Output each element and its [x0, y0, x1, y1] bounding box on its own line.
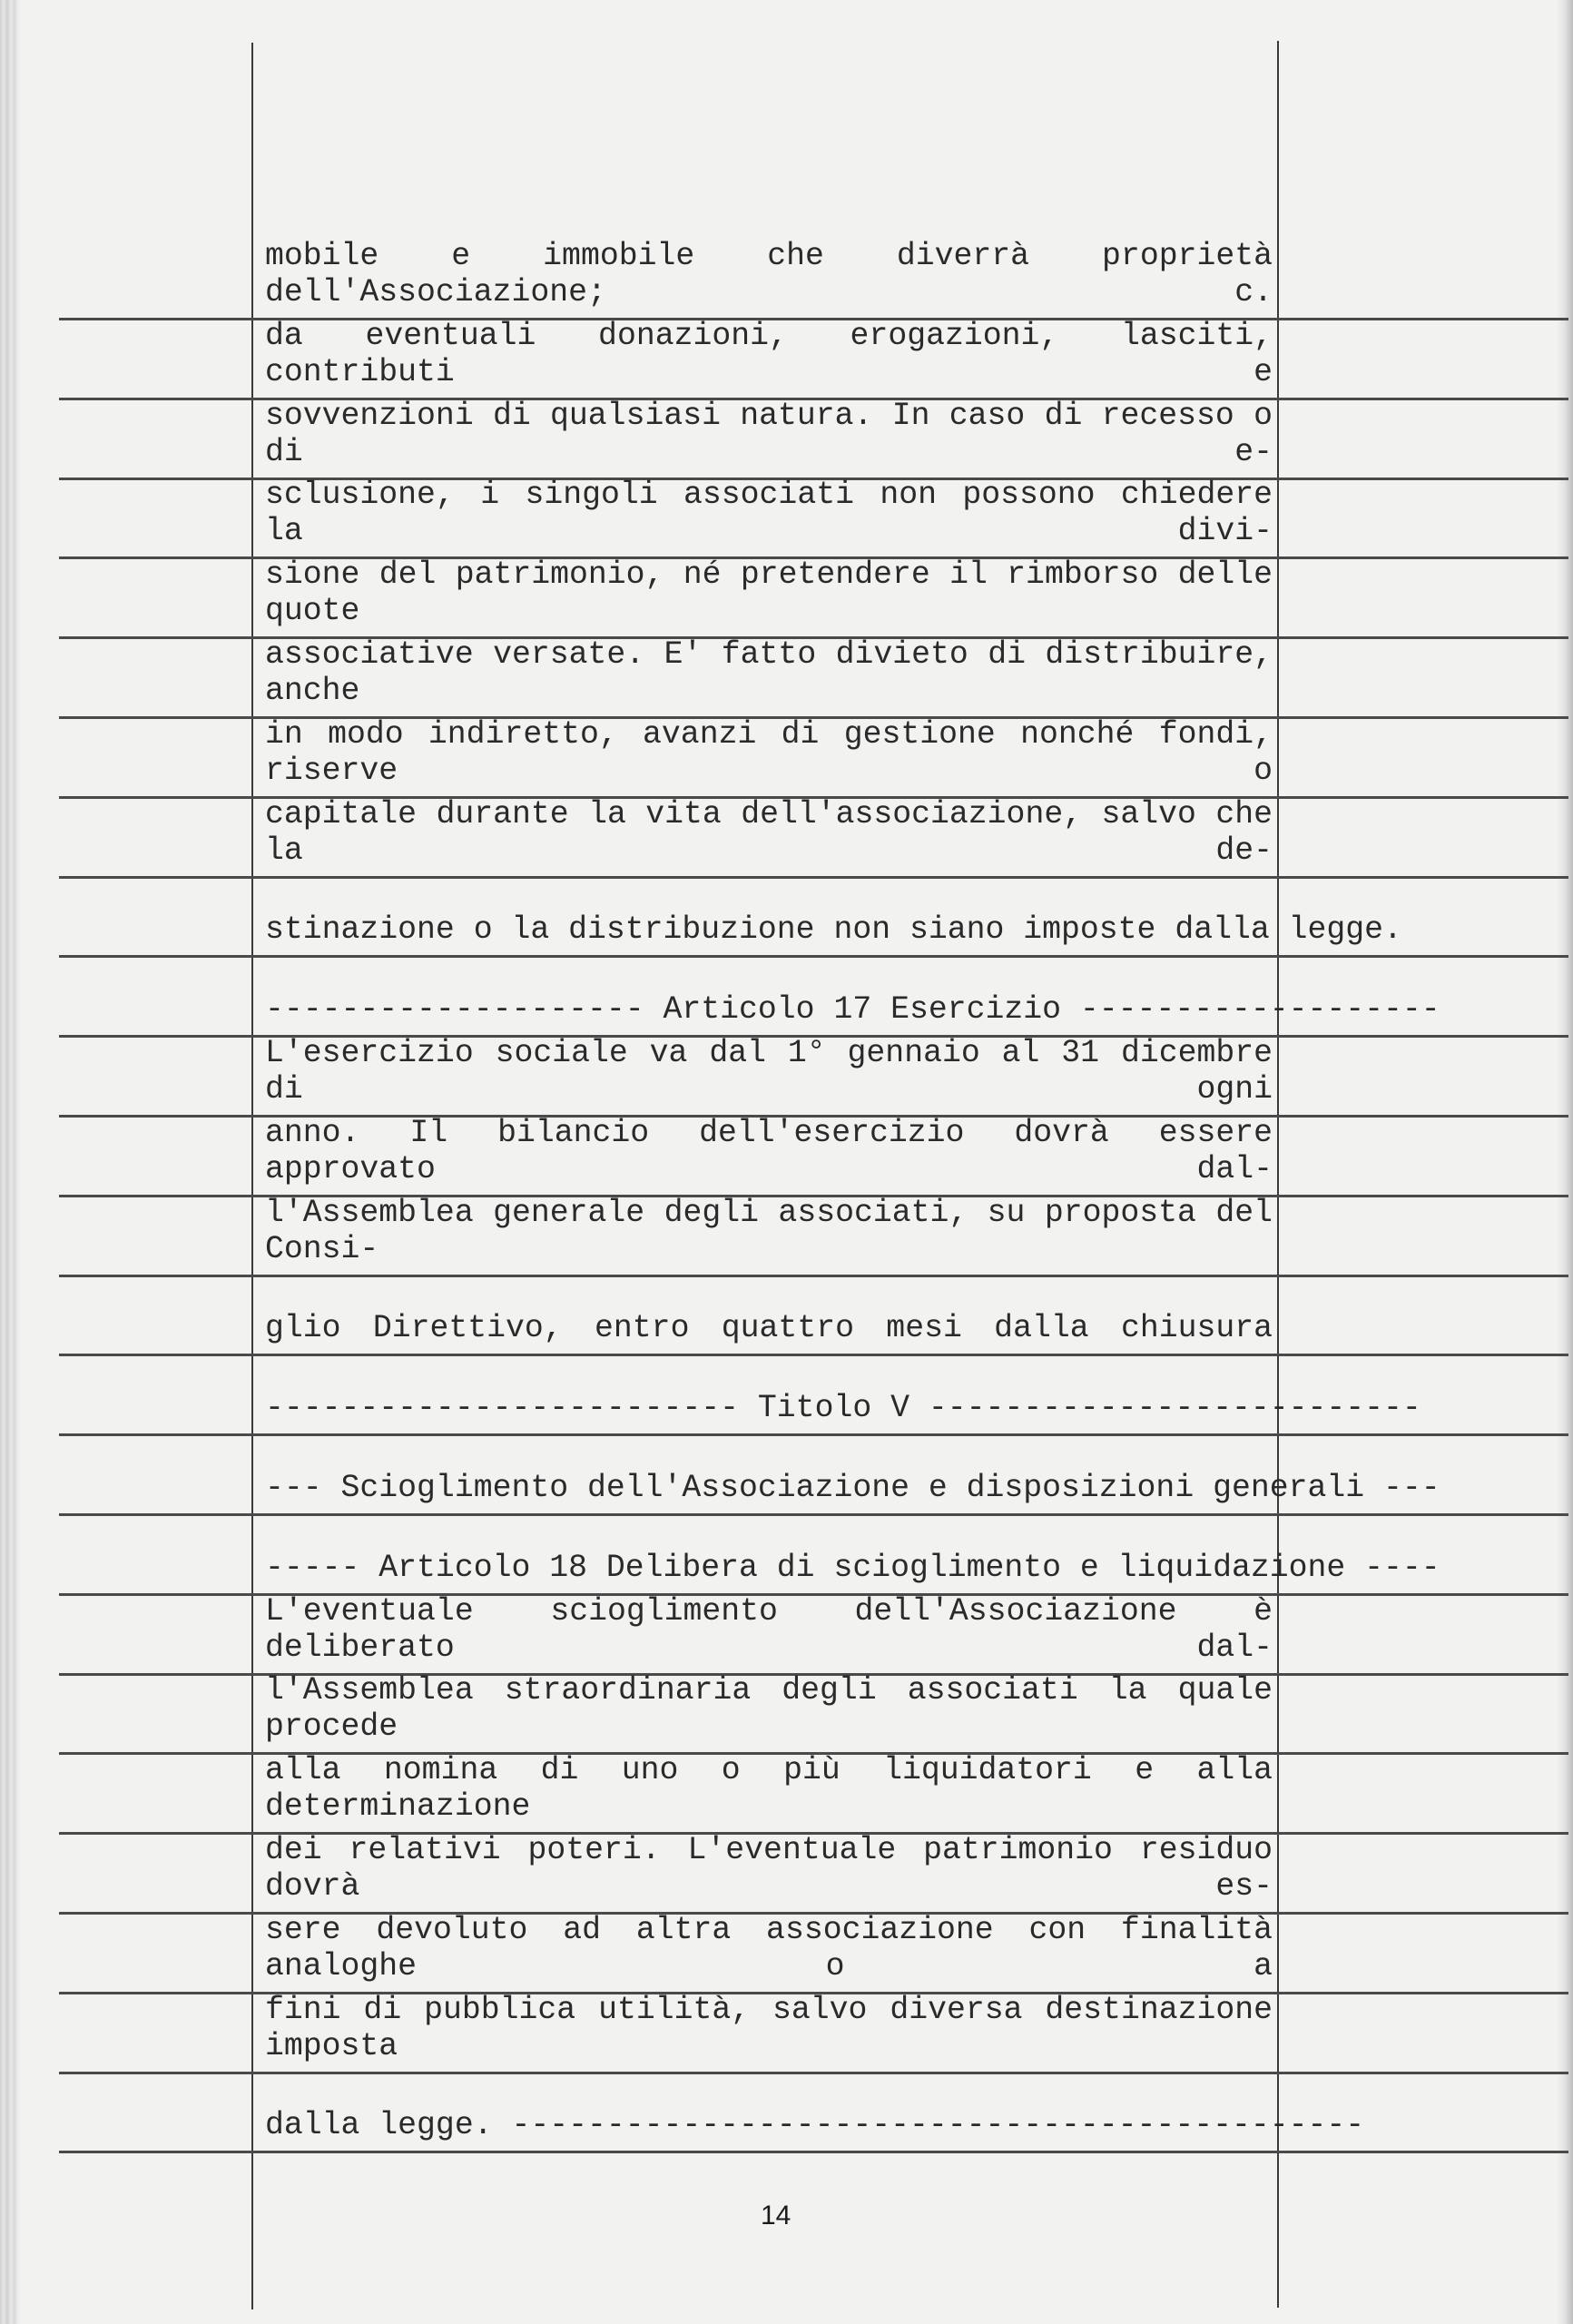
line-text: dalla legge. ---------------------------…	[265, 2108, 1273, 2144]
line-text: L'esercizio sociale va dal 1° gennaio al…	[265, 1036, 1273, 1108]
right-margin-rule	[1277, 41, 1279, 2308]
line-text: stinazione o la distribuzione non siano …	[265, 912, 1273, 949]
line-text: sere devoluto ad altra associazione con …	[265, 1913, 1273, 1985]
line-text: -------------------- Articolo 17 Eserciz…	[265, 992, 1273, 1029]
horizontal-rule	[59, 2072, 1568, 2074]
page-number: 14	[761, 2201, 791, 2231]
text-row: fini di pubblica utilità, salvo diversa …	[0, 2072, 1573, 2073]
line-text: l'Assemblea straordinaria degli associat…	[265, 1673, 1273, 1746]
text-row: glio Direttivo, entro quattro mesi dalla…	[0, 1354, 1573, 1354]
line-text: glio Direttivo, entro quattro mesi dalla…	[265, 1311, 1273, 1347]
text-row: ------------------------- Titolo V -----…	[0, 1433, 1573, 1434]
line-text: anno. Il bilancio dell'esercizio dovrà e…	[265, 1116, 1273, 1188]
horizontal-rule	[59, 955, 1568, 958]
line-text: in modo indiretto, avanzi di gestione no…	[265, 717, 1273, 790]
text-row: capitale durante la vita dell'associazio…	[0, 876, 1573, 877]
line-text: da eventuali donazioni, erogazioni, lasc…	[265, 319, 1273, 391]
line-text: L'eventuale scioglimento dell'Associazio…	[265, 1594, 1273, 1667]
text-row: dalla legge. ---------------------------…	[0, 2151, 1573, 2152]
horizontal-rule	[59, 1354, 1568, 1356]
text-row: --- Scioglimento dell'Associazione e dis…	[0, 1513, 1573, 1514]
line-text: associative versate. E' fatto divieto di…	[265, 637, 1273, 710]
line-text: sclusione, i singoli associati non posso…	[265, 478, 1273, 550]
line-text: mobile e immobile che diverrà proprietà …	[265, 239, 1273, 311]
horizontal-rule	[59, 1433, 1568, 1436]
left-margin-rule	[251, 43, 253, 2309]
line-text: sione del patrimonio, né pretendere il r…	[265, 557, 1273, 630]
line-text: capitale durante la vita dell'associazio…	[265, 797, 1273, 870]
horizontal-rule	[59, 1513, 1568, 1516]
horizontal-rule	[59, 1275, 1568, 1277]
line-text: dei relativi poteri. L'eventuale patrimo…	[265, 1833, 1273, 1905]
line-text: --- Scioglimento dell'Associazione e dis…	[265, 1471, 1273, 1507]
line-text: sovvenzioni di qualsiasi natura. In caso…	[265, 399, 1273, 471]
horizontal-rule	[59, 876, 1568, 879]
document-page: mobile e immobile che diverrà proprietà …	[0, 0, 1573, 2324]
line-text: l'Assemblea generale degli associati, su…	[265, 1196, 1273, 1268]
line-text: ----- Articolo 18 Delibera di scioglimen…	[265, 1551, 1273, 1587]
horizontal-rule	[59, 2151, 1568, 2153]
text-row: l'Assemblea generale degli associati, su…	[0, 1275, 1573, 1275]
text-row: stinazione o la distribuzione non siano …	[0, 955, 1573, 956]
line-text: ------------------------- Titolo V -----…	[265, 1391, 1273, 1427]
line-text: fini di pubblica utilità, salvo diversa …	[265, 1993, 1273, 2065]
line-text: alla nomina di uno o più liquidatori e a…	[265, 1753, 1273, 1826]
